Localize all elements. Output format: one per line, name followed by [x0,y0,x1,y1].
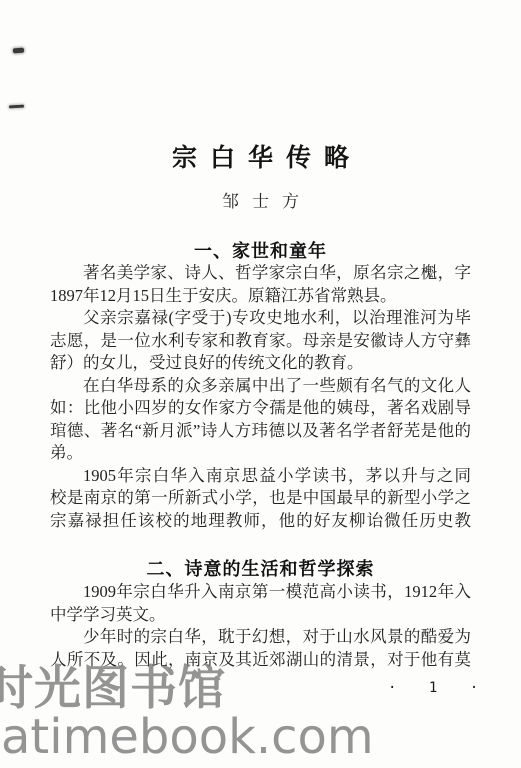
section-heading-2: 二、诗意的生活和哲学探索 [0,555,521,581]
scan-ink-mark [13,48,24,54]
body-line: 1905年宗白华入南京思益小学读书，茅以升与之同学。该 [50,465,471,488]
body-line: 舒）的女儿，受过良好的传统文化的教育。 [50,352,471,375]
section-1-body: 著名美学家、诗人、哲学家宗白华，原名宗之櫆，字伯华。 1897年12月15日生于… [50,262,471,532]
body-line: 人所不及。因此，南京及其近郊湖山的清景，对于他有莫大的 [50,649,471,672]
page-number: · 1 · [388,680,490,696]
section-heading-1: 一、家世和童年 [0,237,521,263]
author-name: 邹士方 [0,187,521,212]
scanned-book-page: 宗白华传略 邹士方 一、家世和童年 著名美学家、诗人、哲学家宗白华，原名宗之櫆，… [0,0,521,768]
scan-ink-mark [9,105,24,109]
body-line: 弟。 [50,442,471,465]
section-2-body: 1909年宗白华升入南京第一模范高小读书，1912年入金陵 中学学习英文。 少年… [50,581,471,671]
body-line: 著名美学家、诗人、哲学家宗白华，原名宗之櫆，字伯华。 [50,262,471,285]
body-line: 如：比他小四岁的女作家方令孺是他的姨母，著名戏剧导演方 [50,397,471,420]
body-line: 中学学习英文。 [50,604,471,627]
body-line: 1897年12月15日生于安庆。原籍江苏省常熟县。 [50,285,471,308]
body-line: 琯德、著名“新月派”诗人方玮德以及著名学者舒芜是他的表 [50,420,471,443]
body-line: 父亲宗嘉禄(字受于)专攻史地水利，以治理淮河为毕生的 [50,307,471,330]
body-line: 校是南京的第一所新式小学，也是中国最早的新型小学之一。 [50,487,471,510]
body-line: 1909年宗白华升入南京第一模范高小读书，1912年入金陵 [50,581,471,604]
book-title: 宗白华传略 [0,138,521,174]
body-line: 志愿，是一位水利专家和教育家。母亲是安徽诗人方守彝（伦 [50,330,471,353]
body-line: 少年时的宗白华，耽于幻想，对于山水风景的酷爱为一般 [50,626,471,649]
body-line: 宗嘉禄担任该校的地理教师，他的好友柳诒微任历史教师。 [50,510,471,533]
watermark-site-url: atimebook.com [1,709,374,765]
body-line: 在白华母系的众多亲属中出了一些颇有名气的文化人物。 [50,375,471,398]
